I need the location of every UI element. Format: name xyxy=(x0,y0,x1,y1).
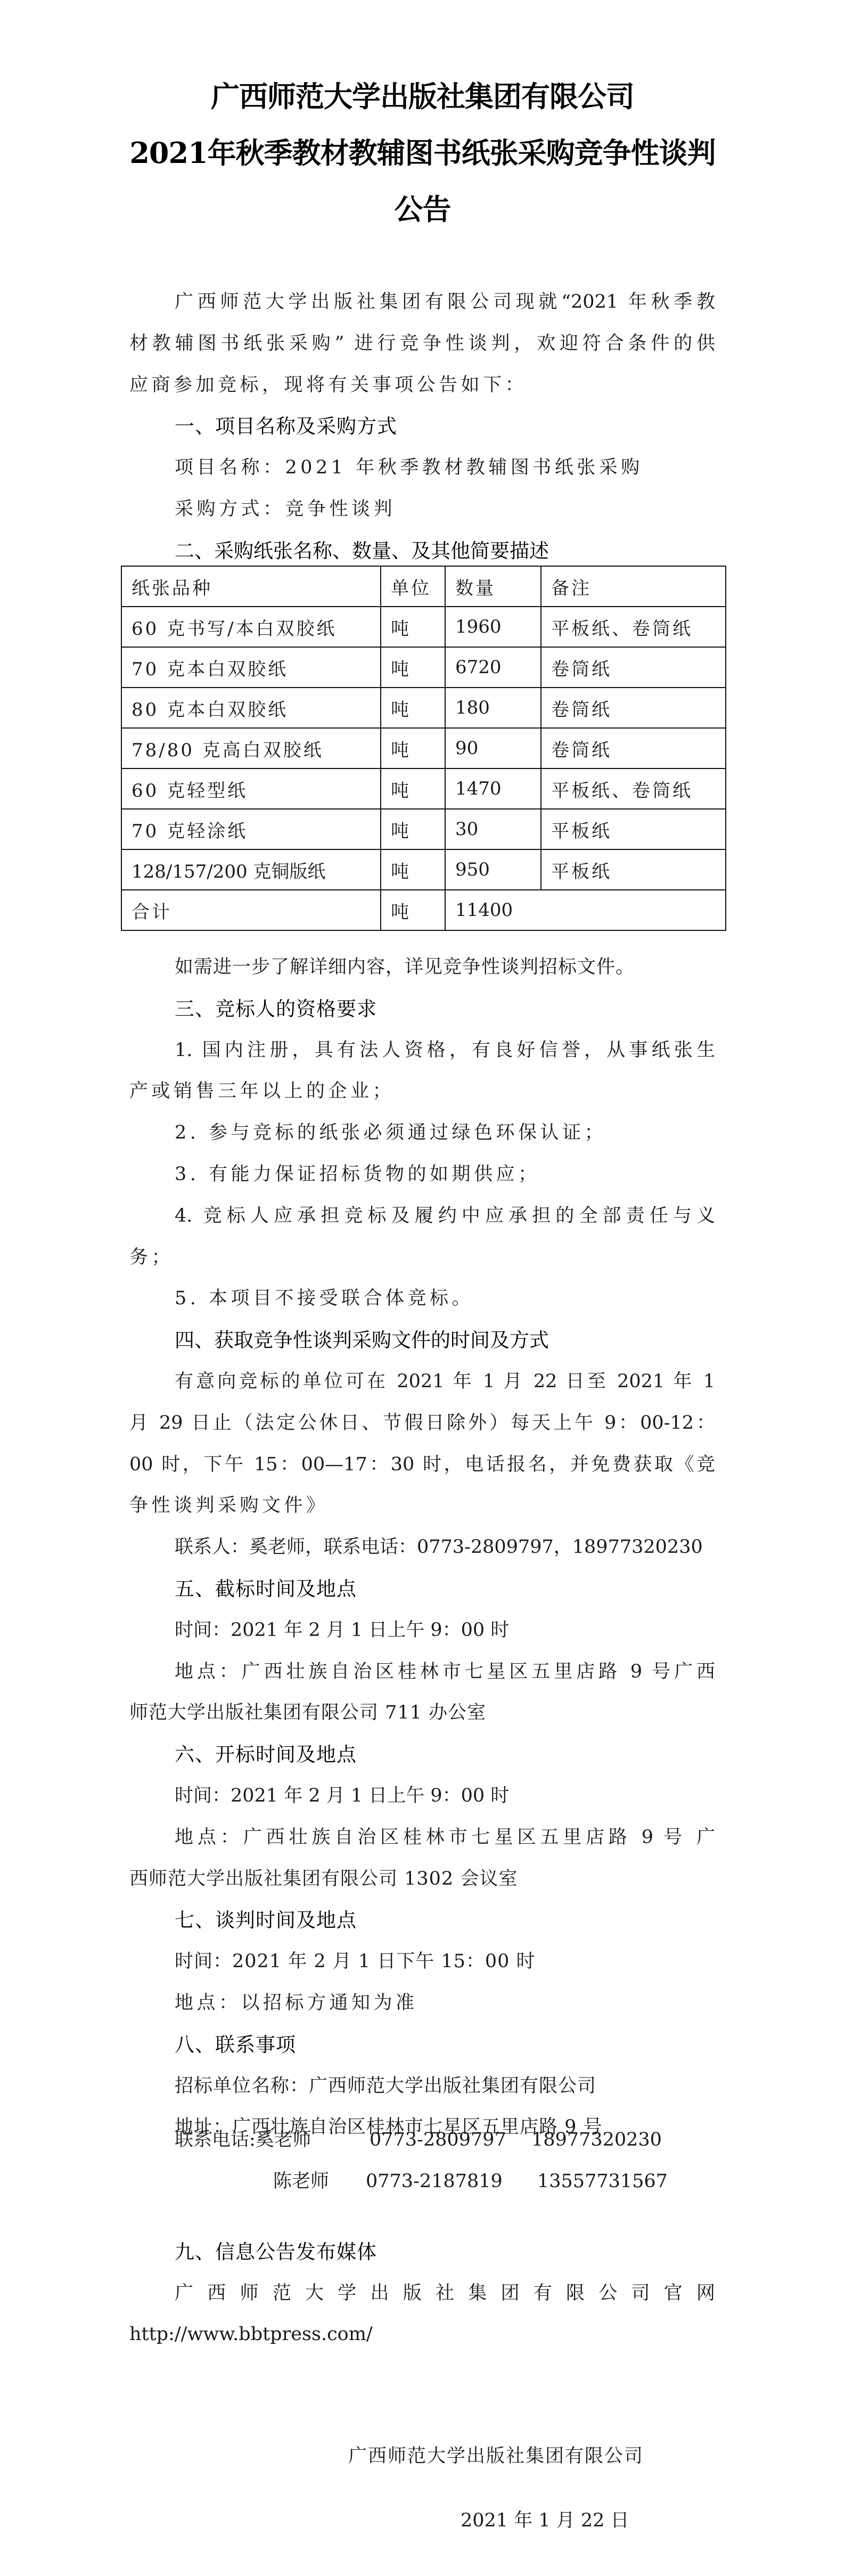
section-heading-4: 四、获取竞争性谈判采购文件的时间及方式 xyxy=(129,1320,715,1361)
qualification-line: 2. 参与竞标的纸张必须通过绿色环保认证； xyxy=(129,1113,715,1154)
contact-line: 联系人：奚老师，联系电话：0773-2809797，18977320230 xyxy=(129,1527,715,1568)
unit: 吨 xyxy=(381,728,445,768)
quantity: 1960 xyxy=(445,607,541,647)
table-row: 78/80 克高白双胶纸 吨 90 卷筒纸 xyxy=(121,728,726,768)
table-header-row: 纸张品种 单位 数量 备注 xyxy=(121,566,726,607)
deadline-time: 时间：2021 年 2 月 1 日上午 9：00 时 xyxy=(129,1610,715,1651)
document-line: 有意向竞标的单位可在 2021 年 1 月 22 日至 2021 年 1 xyxy=(129,1361,715,1403)
signature-org: 广西师范大学出版社集团有限公司 xyxy=(348,2440,644,2472)
phone-label: 联系电话:奚老师 xyxy=(175,2120,311,2161)
paper-type: 60 克轻型纸 xyxy=(121,768,381,809)
qualification-line: 产或销售三年以上的企业； xyxy=(129,1071,715,1113)
quantity: 90 xyxy=(445,728,541,768)
intro-line: 应商参加竞标，现将有关事项公告如下： xyxy=(129,365,715,406)
paper-type: 80 克本白双胶纸 xyxy=(121,688,381,728)
section-heading-9: 九、信息公告发布媒体 xyxy=(129,2231,715,2273)
paper-type: 70 克轻涂纸 xyxy=(121,809,381,849)
section-heading-3: 三、竞标人的资格要求 xyxy=(129,988,715,1030)
table-row: 80 克本白双胶纸 吨 180 卷筒纸 xyxy=(121,688,726,728)
paper-type: 60 克书写/本白双胶纸 xyxy=(121,607,381,647)
title-announcement: 公告 xyxy=(0,193,845,225)
paper-type: 78/80 克高白双胶纸 xyxy=(121,728,381,768)
deadline-place: 地点：广西壮族自治区桂林市七星区五里店路 9 号广西 xyxy=(129,1651,715,1693)
table-row: 60 克书写/本白双胶纸 吨 1960 平板纸、卷筒纸 xyxy=(121,607,726,647)
media-url[interactable]: http://www.bbtpress.com/ xyxy=(129,2314,715,2356)
opening-time: 时间：2021 年 2 月 1 日上午 9：00 时 xyxy=(129,1776,715,1817)
quantity: 1470 xyxy=(445,768,541,809)
paper-table: 纸张品种 单位 数量 备注 60 克书写/本白双胶纸 吨 1960 平板纸、卷筒… xyxy=(121,566,726,931)
total-quantity: 11400 xyxy=(445,890,726,930)
table-note: 如需进一步了解详细内容，详见竞争性谈判招标文件。 xyxy=(129,947,715,988)
total-label: 合计 xyxy=(121,890,381,930)
contact-tel: 0773-2187819 xyxy=(366,2161,503,2203)
intro-line: 广西师范大学出版社集团有限公司现就“2021 年秋季教 xyxy=(129,282,715,323)
header-cell: 纸张品种 xyxy=(121,566,381,607)
intro-block: 广西师范大学出版社集团有限公司现就“2021 年秋季教 材教辅图书纸张采购” 进… xyxy=(129,282,715,572)
unit: 吨 xyxy=(381,647,445,688)
table-row: 128/157/200 克铜版纸 吨 950 平板纸 xyxy=(121,849,726,890)
header-cell: 单位 xyxy=(381,566,445,607)
unit: 吨 xyxy=(381,607,445,647)
project-name: 项目名称：2021 年秋季教材教辅图书纸张采购 xyxy=(129,447,715,489)
section-heading-5: 五、截标时间及地点 xyxy=(129,1568,715,1610)
deadline-place: 师范大学出版社集团有限公司 711 办公室 xyxy=(129,1692,715,1734)
contact-name: 奚老师 xyxy=(256,2129,311,2150)
section-heading-8: 八、联系事项 xyxy=(129,2024,715,2066)
table-row: 70 克本白双胶纸 吨 6720 卷筒纸 xyxy=(121,647,726,688)
title-org: 广西师范大学出版社集团有限公司 xyxy=(0,80,845,112)
section-heading-1: 一、项目名称及采购方式 xyxy=(129,406,715,447)
table-total-row: 合计 吨 11400 xyxy=(121,890,726,930)
quantity: 30 xyxy=(445,809,541,849)
tender-unit: 招标单位名称：广西师范大学出版社集团有限公司 xyxy=(129,2066,715,2107)
paper-type: 70 克本白双胶纸 xyxy=(121,647,381,688)
quantity: 6720 xyxy=(445,647,541,688)
remark: 平板纸、卷筒纸 xyxy=(541,607,726,647)
header-cell: 数量 xyxy=(445,566,541,607)
unit: 吨 xyxy=(381,809,445,849)
announcement-page: 广西师范大学出版社集团有限公司 2021年秋季教材教辅图书纸张采购竞争性谈判 公… xyxy=(0,0,845,2576)
contact-mobile: 18977320230 xyxy=(531,2120,662,2161)
qualification-line: 5. 本项目不接受联合体竞标。 xyxy=(129,1278,715,1320)
document-line: 00 时，下午 15：00—17：30 时，电话报名，并免费获取《竞 xyxy=(129,1444,715,1486)
intro-line: 材教辅图书纸张采购” 进行竞争性谈判，欢迎符合条件的供 xyxy=(129,323,715,365)
title-subject: 2021年秋季教材教辅图书纸张采购竞争性谈判 xyxy=(0,137,845,169)
header-cell: 备注 xyxy=(541,566,726,607)
total-unit: 吨 xyxy=(381,890,445,930)
contact-mobile: 13557731567 xyxy=(537,2161,668,2203)
contact-name: 陈老师 xyxy=(273,2161,329,2203)
qualification-line: 3. 有能力保证招标货物的如期供应； xyxy=(129,1154,715,1196)
media-name: 广西师范大学出版社集团有限公司官网 xyxy=(129,2273,715,2315)
remark: 卷筒纸 xyxy=(541,688,726,728)
remark: 卷筒纸 xyxy=(541,647,726,688)
document-line: 争性谈判采购文件》 xyxy=(129,1485,715,1527)
phone-label-text: 联系电话: xyxy=(175,2129,256,2150)
signature-date: 2021 年 1 月 22 日 xyxy=(461,2505,629,2537)
unit: 吨 xyxy=(381,688,445,728)
qualification-line: 1. 国内注册，具有法人资格，有良好信誉，从事纸张生 xyxy=(129,1030,715,1072)
remark: 平板纸 xyxy=(541,849,726,890)
table-row: 60 克轻型纸 吨 1470 平板纸、卷筒纸 xyxy=(121,768,726,809)
quantity: 180 xyxy=(445,688,541,728)
table-row: 70 克轻涂纸 吨 30 平板纸 xyxy=(121,809,726,849)
quantity: 950 xyxy=(445,849,541,890)
remark: 卷筒纸 xyxy=(541,728,726,768)
procurement-method: 采购方式：竞争性谈判 xyxy=(129,489,715,530)
opening-place: 地点：广西壮族自治区桂林市七星区五里店路 9 号 广 xyxy=(129,1817,715,1859)
unit: 吨 xyxy=(381,849,445,890)
opening-place: 西师范大学出版社集团有限公司 1302 会议室 xyxy=(129,1859,715,1900)
section-heading-6: 六、开标时间及地点 xyxy=(129,1734,715,1776)
qualification-line: 务； xyxy=(129,1237,715,1279)
remark: 平板纸、卷筒纸 xyxy=(541,768,726,809)
negotiation-time: 时间：2021 年 2 月 1 日下午 15：00 时 xyxy=(129,1941,715,1983)
section-heading-7: 七、谈判时间及地点 xyxy=(129,1900,715,1941)
unit: 吨 xyxy=(381,768,445,809)
qualification-line: 4. 竞标人应承担竞标及履约中应承担的全部责任与义 xyxy=(129,1196,715,1237)
document-line: 月 29 日止（法定公休日、节假日除外）每天上午 9：00-12： xyxy=(129,1403,715,1444)
remark: 平板纸 xyxy=(541,809,726,849)
negotiation-place: 地点：以招标方通知为准 xyxy=(129,1983,715,2024)
paper-type: 128/157/200 克铜版纸 xyxy=(121,849,381,890)
contact-tel: 0773-2809797 xyxy=(370,2120,506,2161)
